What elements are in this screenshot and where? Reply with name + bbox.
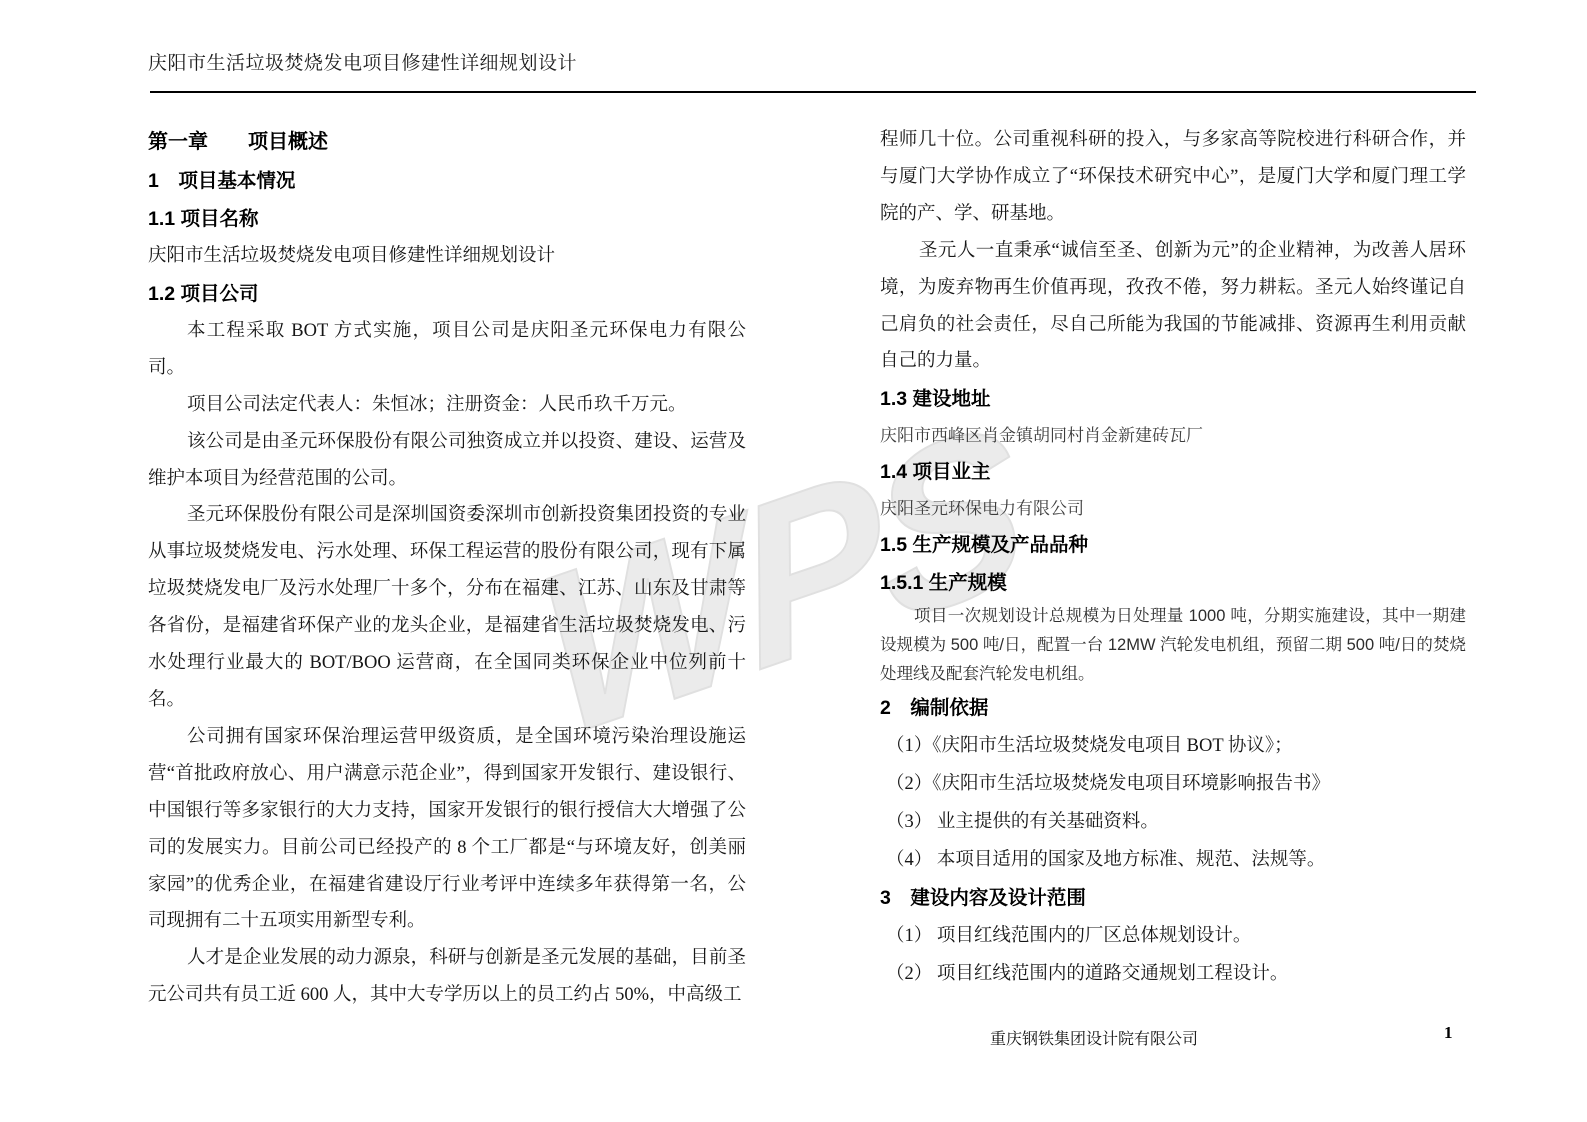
section-heading: 1.3 建设地址 (880, 380, 1466, 418)
column-left: 第一章 项目概述1 项目基本情况1.1 项目名称庆阳市生活垃圾焚烧发电项目修建性… (148, 122, 746, 1014)
section-heading: 2 编制依据 (880, 689, 1466, 727)
paragraph: 庆阳市西峰区肖金镇胡同村肖金新建砖瓦厂 (880, 418, 1466, 453)
section-heading: 1 项目基本情况 (148, 162, 746, 200)
paragraph: （1） 项目红线范围内的厂区总体规划设计。 (880, 917, 1466, 955)
paragraph: 庆阳圣元环保电力有限公司 (880, 491, 1466, 526)
paragraph: 圣元人一直秉承“诚信至圣、创新为元”的企业精神，为改善人居环境，为废弃物再生价值… (880, 233, 1466, 381)
paragraph: 人才是企业发展的动力源泉，科研与创新是圣元发展的基础，目前圣元公司共有员工近 6… (148, 940, 746, 1014)
section-heading: 1.5 生产规模及产品品种 (880, 526, 1466, 564)
document-page: WPS 庆阳市生活垃圾焚烧发电项目修建性详细规划设计 第一章 项目概述1 项目基… (0, 0, 1587, 1122)
paragraph: 项目一次规划设计总规模为日处理量 1000 吨，分期实施建设，其中一期建设规模为… (880, 602, 1466, 689)
section-heading: 第一章 项目概述 (148, 122, 746, 162)
paragraph: 公司拥有国家环保治理运营甲级资质，是全国环境污染治理设施运营“首批政府放心、用户… (148, 719, 746, 940)
section-heading: 1.4 项目业主 (880, 453, 1466, 491)
section-heading: 1.2 项目公司 (148, 275, 746, 313)
paragraph: （1）《庆阳市生活垃圾焚烧发电项目 BOT 协议》； (880, 727, 1466, 765)
column-right: 程师几十位。公司重视科研的投入，与多家高等院校进行科研合作，并与厦门大学协作成立… (880, 122, 1466, 993)
section-heading: 3 建设内容及设计范围 (880, 879, 1466, 917)
paragraph: （4） 本项目适用的国家及地方标准、规范、法规等。 (880, 841, 1466, 879)
page-header-title: 庆阳市生活垃圾焚烧发电项目修建性详细规划设计 (148, 48, 577, 75)
paragraph: 程师几十位。公司重视科研的投入，与多家高等院校进行科研合作，并与厦门大学协作成立… (880, 122, 1466, 233)
paragraph: 项目公司法定代表人：朱恒冰；注册资金：人民币玖千万元。 (148, 387, 746, 424)
header-divider (150, 91, 1476, 93)
section-heading: 1.1 项目名称 (148, 200, 746, 238)
page-number: 1 (1444, 1023, 1453, 1043)
paragraph: 圣元环保股份有限公司是深圳国资委深圳市创新投资集团投资的专业从事垃圾焚烧发电、污… (148, 497, 746, 718)
paragraph: 该公司是由圣元环保股份有限公司独资成立并以投资、建设、运营及维护本项目为经营范围… (148, 424, 746, 498)
footer-company-name: 重庆钢铁集团设计院有限公司 (990, 1026, 1198, 1049)
paragraph: （2）《庆阳市生活垃圾焚烧发电项目环境影响报告书》 (880, 765, 1466, 803)
section-heading: 1.5.1 生产规模 (880, 564, 1466, 602)
paragraph: 庆阳市生活垃圾焚烧发电项目修建性详细规划设计 (148, 238, 746, 275)
paragraph: 本工程采取 BOT 方式实施，项目公司是庆阳圣元环保电力有限公司。 (148, 313, 746, 387)
paragraph: （2） 项目红线范围内的道路交通规划工程设计。 (880, 955, 1466, 993)
paragraph: （3） 业主提供的有关基础资料。 (880, 803, 1466, 841)
